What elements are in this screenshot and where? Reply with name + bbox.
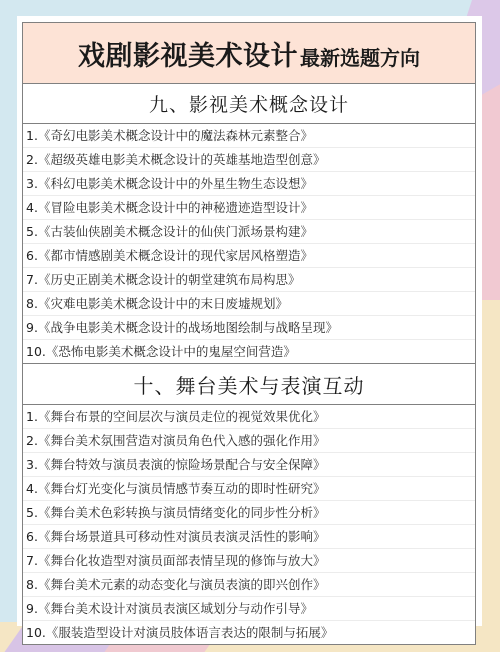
list-item: 1.《奇幻电影美术概念设计中的魔法森林元素整合》: [23, 124, 475, 148]
list-item: 9.《战争电影美术概念设计的战场地图绘制与战略呈现》: [23, 316, 475, 340]
page-title: 戏剧影视美术设计 最新选题方向: [23, 23, 475, 84]
list-item: 6.《舞台场景道具可移动性对演员表演灵活性的影响》: [23, 525, 475, 549]
list-item: 10.《服装造型设计对演员肢体语言表达的限制与拓展》: [23, 621, 475, 644]
list-item: 8.《灾难电影美术概念设计中的末日废墟规划》: [23, 292, 475, 316]
list-item: 5.《舞台美术色彩转换与演员情绪变化的同步性分析》: [23, 501, 475, 525]
title-sub: 最新选题方向: [300, 42, 420, 71]
list-item: 9.《舞台美术设计对演员表演区域划分与动作引导》: [23, 597, 475, 621]
list-item: 6.《都市情感剧美术概念设计的现代家居风格塑造》: [23, 244, 475, 268]
topic-card: 戏剧影视美术设计 最新选题方向 九、影视美术概念设计 1.《奇幻电影美术概念设计…: [17, 16, 482, 626]
list-item: 8.《舞台美术元素的动态变化与演员表演的即兴创作》: [23, 573, 475, 597]
list-item: 4.《冒险电影美术概念设计中的神秘遗迹造型设计》: [23, 196, 475, 220]
section-title-concept-design: 九、影视美术概念设计: [23, 84, 475, 124]
list-item: 10.《恐怖电影美术概念设计中的鬼屋空间营造》: [23, 340, 475, 363]
list-item: 7.《历史正剧美术概念设计的朝堂建筑布局构思》: [23, 268, 475, 292]
list-item: 2.《舞台美术氛围营造对演员角色代入感的强化作用》: [23, 429, 475, 453]
list-item: 3.《舞台特效与演员表演的惊险场景配合与安全保障》: [23, 453, 475, 477]
list-item: 7.《舞台化妆造型对演员面部表情呈现的修饰与放大》: [23, 549, 475, 573]
list-item: 2.《超级英雄电影美术概念设计的英雄基地造型创意》: [23, 148, 475, 172]
list-item: 3.《科幻电影美术概念设计中的外星生物生态设想》: [23, 172, 475, 196]
list-item: 5.《古装仙侠剧美术概念设计的仙侠门派场景构建》: [23, 220, 475, 244]
section-list-concept-design: 1.《奇幻电影美术概念设计中的魔法森林元素整合》 2.《超级英雄电影美术概念设计…: [23, 124, 475, 363]
list-item: 4.《舞台灯光变化与演员情感节奏互动的即时性研究》: [23, 477, 475, 501]
list-item: 1.《舞台布景的空间层次与演员走位的视觉效果优化》: [23, 405, 475, 429]
section-list-stage-performance: 1.《舞台布景的空间层次与演员走位的视觉效果优化》 2.《舞台美术氛围营造对演员…: [23, 405, 475, 644]
section-title-stage-performance: 十、舞台美术与表演互动: [23, 363, 475, 405]
title-main: 戏剧影视美术设计: [78, 34, 298, 73]
topic-table: 戏剧影视美术设计 最新选题方向 九、影视美术概念设计 1.《奇幻电影美术概念设计…: [22, 22, 476, 645]
